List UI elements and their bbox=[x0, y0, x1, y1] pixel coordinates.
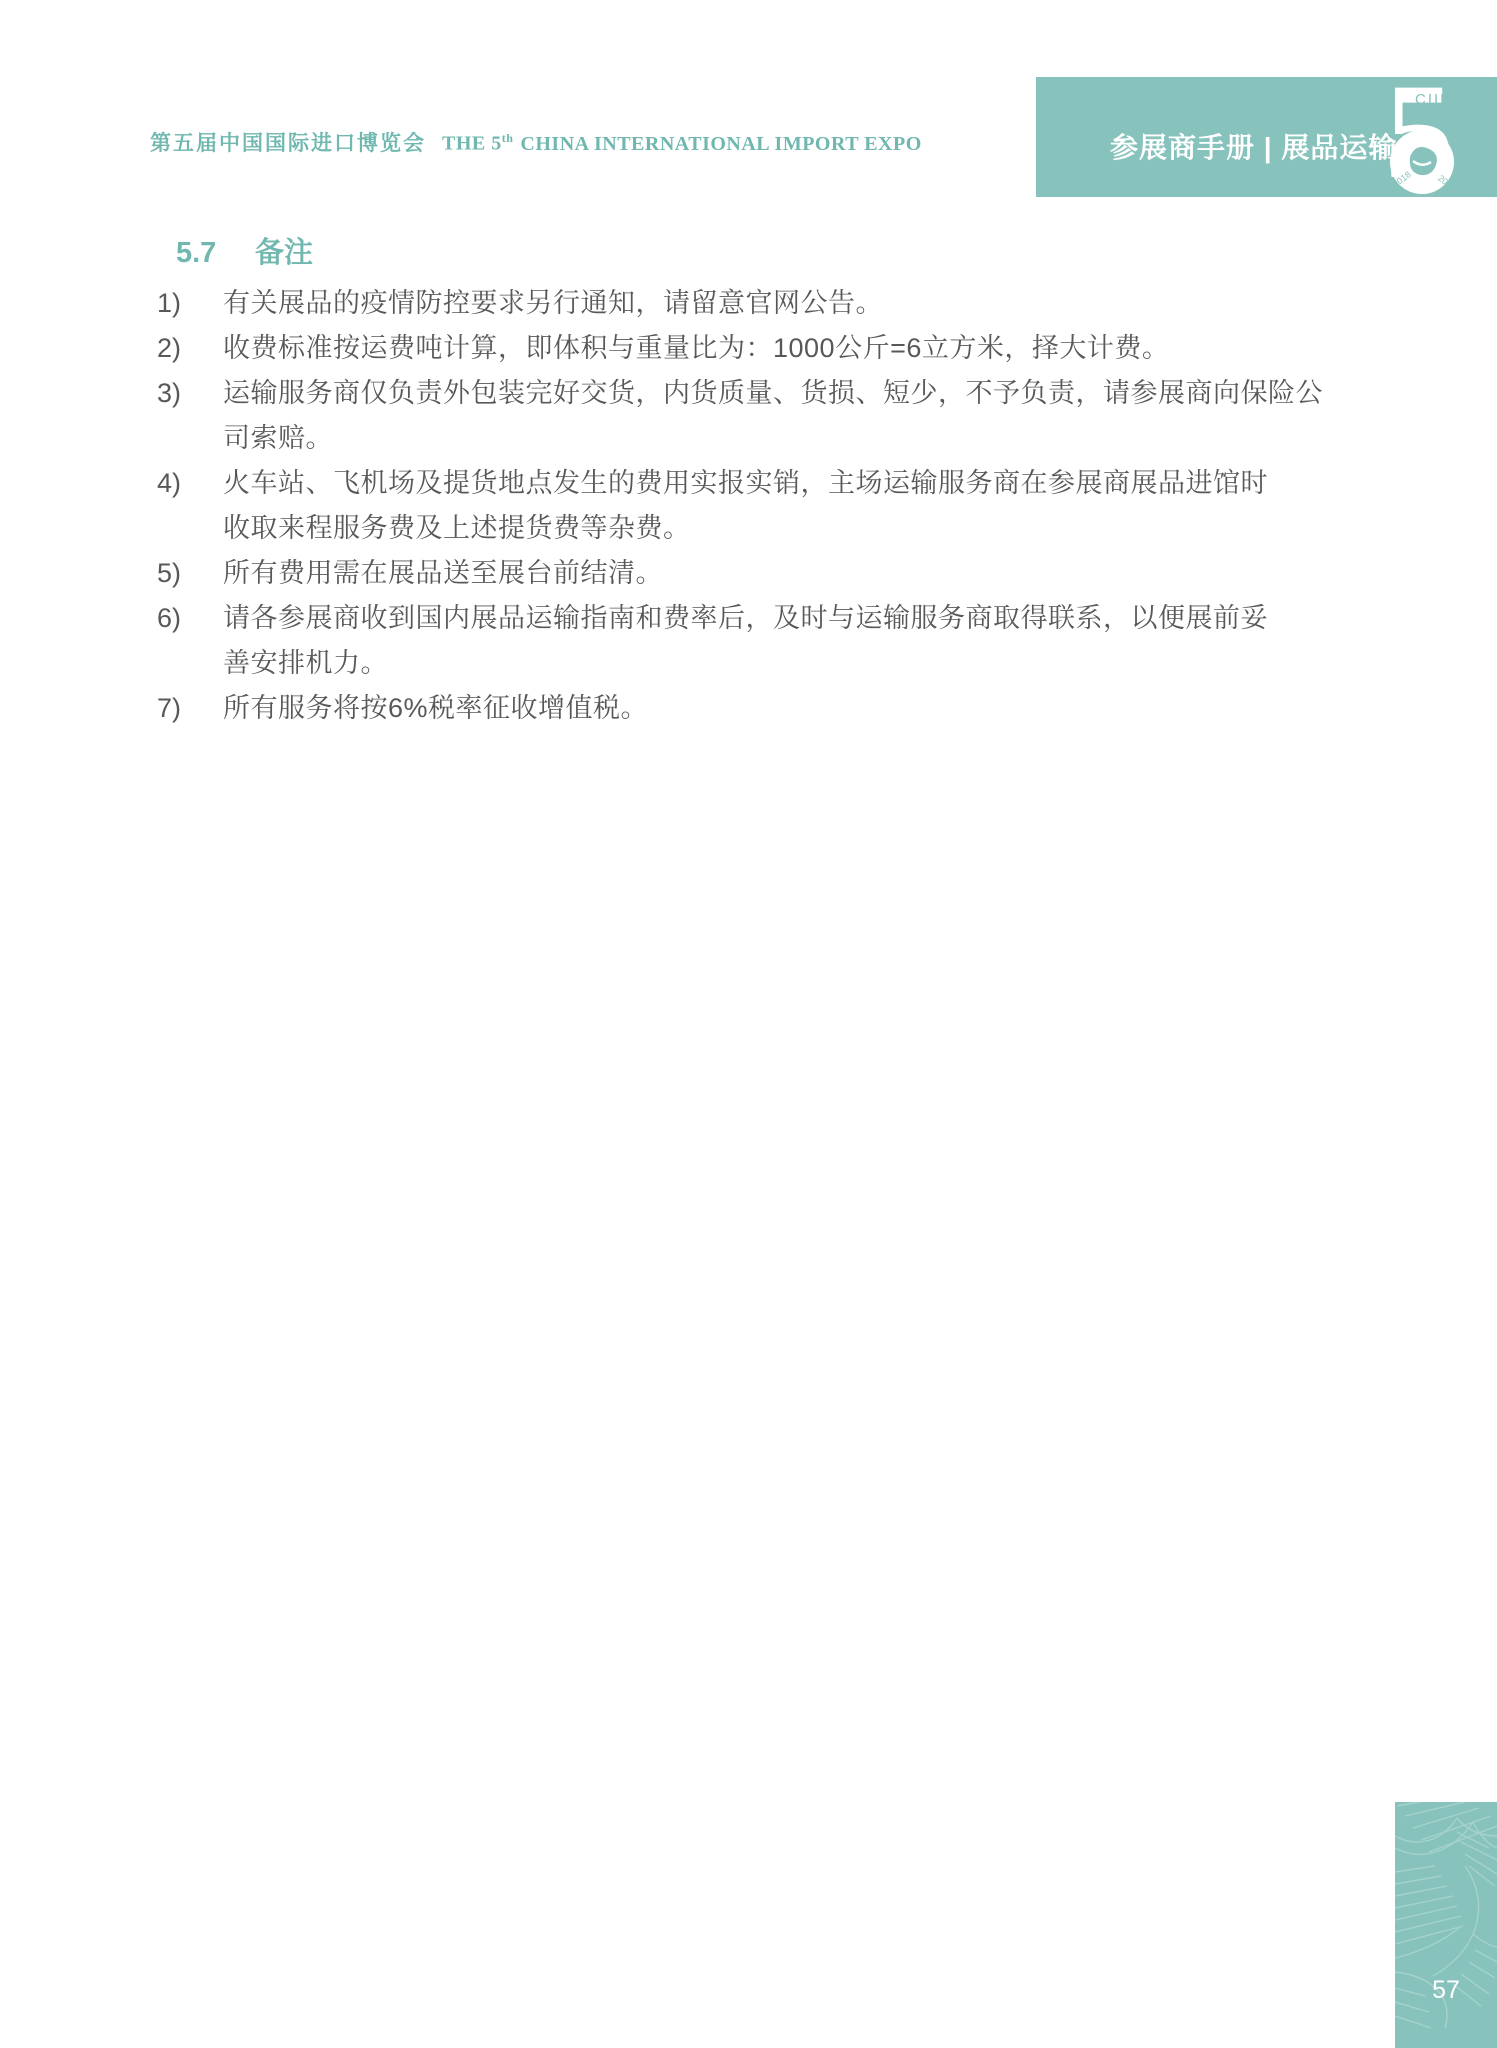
note-line: 善安排机力。 bbox=[223, 641, 1352, 686]
note-number: 3) bbox=[157, 371, 223, 461]
footer-page-box: 57 bbox=[1395, 1802, 1497, 2048]
section-number: 5.7 bbox=[176, 236, 255, 270]
note-text: 收费标准按运费吨计算，即体积与重量比为：1000公斤=6立方米，择大计费。 bbox=[223, 326, 1352, 371]
note-item-2: 2) 收费标准按运费吨计算，即体积与重量比为：1000公斤=6立方米，择大计费。 bbox=[157, 326, 1352, 371]
note-item-7: 7) 所有服务将按6%税率征收增值税。 bbox=[157, 686, 1352, 731]
note-text: 运输服务商仅负责外包装完好交货，内货质量、货损、短少，不予负责，请参展商向保险公… bbox=[223, 371, 1352, 461]
note-item-4: 4) 火车站、飞机场及提货地点发生的费用实报实销，主场运输服务商在参展商展品进馆… bbox=[157, 461, 1352, 551]
note-text: 火车站、飞机场及提货地点发生的费用实报实销，主场运输服务商在参展商展品进馆时收取… bbox=[223, 461, 1352, 551]
expo-title-english-pre: THE 5 bbox=[442, 133, 502, 155]
note-text: 有关展品的疫情防控要求另行通知，请留意官网公告。 bbox=[223, 281, 1352, 326]
note-item-3: 3) 运输服务商仅负责外包装完好交货，内货质量、货损、短少，不予负责，请参展商向… bbox=[157, 371, 1352, 461]
note-line: 火车站、飞机场及提货地点发生的费用实报实销，主场运输服务商在参展商展品进馆时 bbox=[223, 461, 1352, 506]
expo-title-chinese: 第五届中国国际进口博览会 bbox=[150, 127, 426, 157]
expo-title: 第五届中国国际进口博览会 THE 5thCHINA INTERNATIONAL … bbox=[150, 127, 922, 157]
expo-title-english-superscript: th bbox=[502, 131, 514, 145]
decorative-pattern bbox=[1395, 1802, 1497, 2048]
note-line: 请各参展商收到国内展品运输指南和费率后，及时与运输服务商取得联系，以便展前妥 bbox=[223, 596, 1352, 641]
document-page: 第五届中国国际进口博览会 THE 5thCHINA INTERNATIONAL … bbox=[0, 0, 1497, 2048]
note-item-1: 1) 有关展品的疫情防控要求另行通知，请留意官网公告。 bbox=[157, 281, 1352, 326]
banner-label: 参展商手册 | 展品运输 bbox=[1110, 126, 1397, 166]
note-number: 7) bbox=[157, 686, 223, 731]
note-item-6: 6) 请各参展商收到国内展品运输指南和费率后，及时与运输服务商取得联系，以便展前… bbox=[157, 596, 1352, 686]
note-line: 收取来程服务费及上述提货费等杂费。 bbox=[223, 506, 1352, 551]
section-heading: 5.7 备注 bbox=[176, 236, 313, 270]
notes-list: 1) 有关展品的疫情防控要求另行通知，请留意官网公告。 2) 收费标准按运费吨计… bbox=[157, 281, 1352, 731]
ciie-5th-logo: 5 CIIE 2018 2022 bbox=[1380, 77, 1464, 197]
note-line: 运输服务商仅负责外包装完好交货，内货质量、货损、短少，不予负责，请参展商向保险公 bbox=[223, 371, 1352, 416]
note-line: 收费标准按运费吨计算，即体积与重量比为：1000公斤=6立方米，择大计费。 bbox=[223, 326, 1352, 371]
note-number: 6) bbox=[157, 596, 223, 686]
section-title: 备注 bbox=[255, 236, 313, 270]
note-number: 2) bbox=[157, 326, 223, 371]
note-number: 1) bbox=[157, 281, 223, 326]
note-line: 有关展品的疫情防控要求另行通知，请留意官网公告。 bbox=[223, 281, 1352, 326]
page-number: 57 bbox=[1395, 1976, 1497, 2005]
note-text: 请各参展商收到国内展品运输指南和费率后，及时与运输服务商取得联系，以便展前妥善安… bbox=[223, 596, 1352, 686]
note-line: 所有服务将按6%税率征收增值税。 bbox=[223, 686, 1352, 731]
note-line: 所有费用需在展品送至展台前结清。 bbox=[223, 551, 1352, 596]
note-number: 4) bbox=[157, 461, 223, 551]
note-item-5: 5) 所有费用需在展品送至展台前结清。 bbox=[157, 551, 1352, 596]
expo-title-english: THE 5thCHINA INTERNATIONAL IMPORT EXPO bbox=[442, 131, 922, 156]
expo-title-english-post: CHINA INTERNATIONAL IMPORT EXPO bbox=[520, 133, 921, 155]
note-number: 5) bbox=[157, 551, 223, 596]
note-text: 所有费用需在展品送至展台前结清。 bbox=[223, 551, 1352, 596]
header-banner: 参展商手册 | 展品运输 5 CIIE 2018 2022 bbox=[1036, 77, 1497, 197]
ciie-5-logo-graphic: 5 CIIE 2018 2022 bbox=[1380, 77, 1464, 197]
logo-acronym: CIIE bbox=[1415, 91, 1452, 108]
note-line: 司索赔。 bbox=[223, 416, 1352, 461]
note-text: 所有服务将按6%税率征收增值税。 bbox=[223, 686, 1352, 731]
